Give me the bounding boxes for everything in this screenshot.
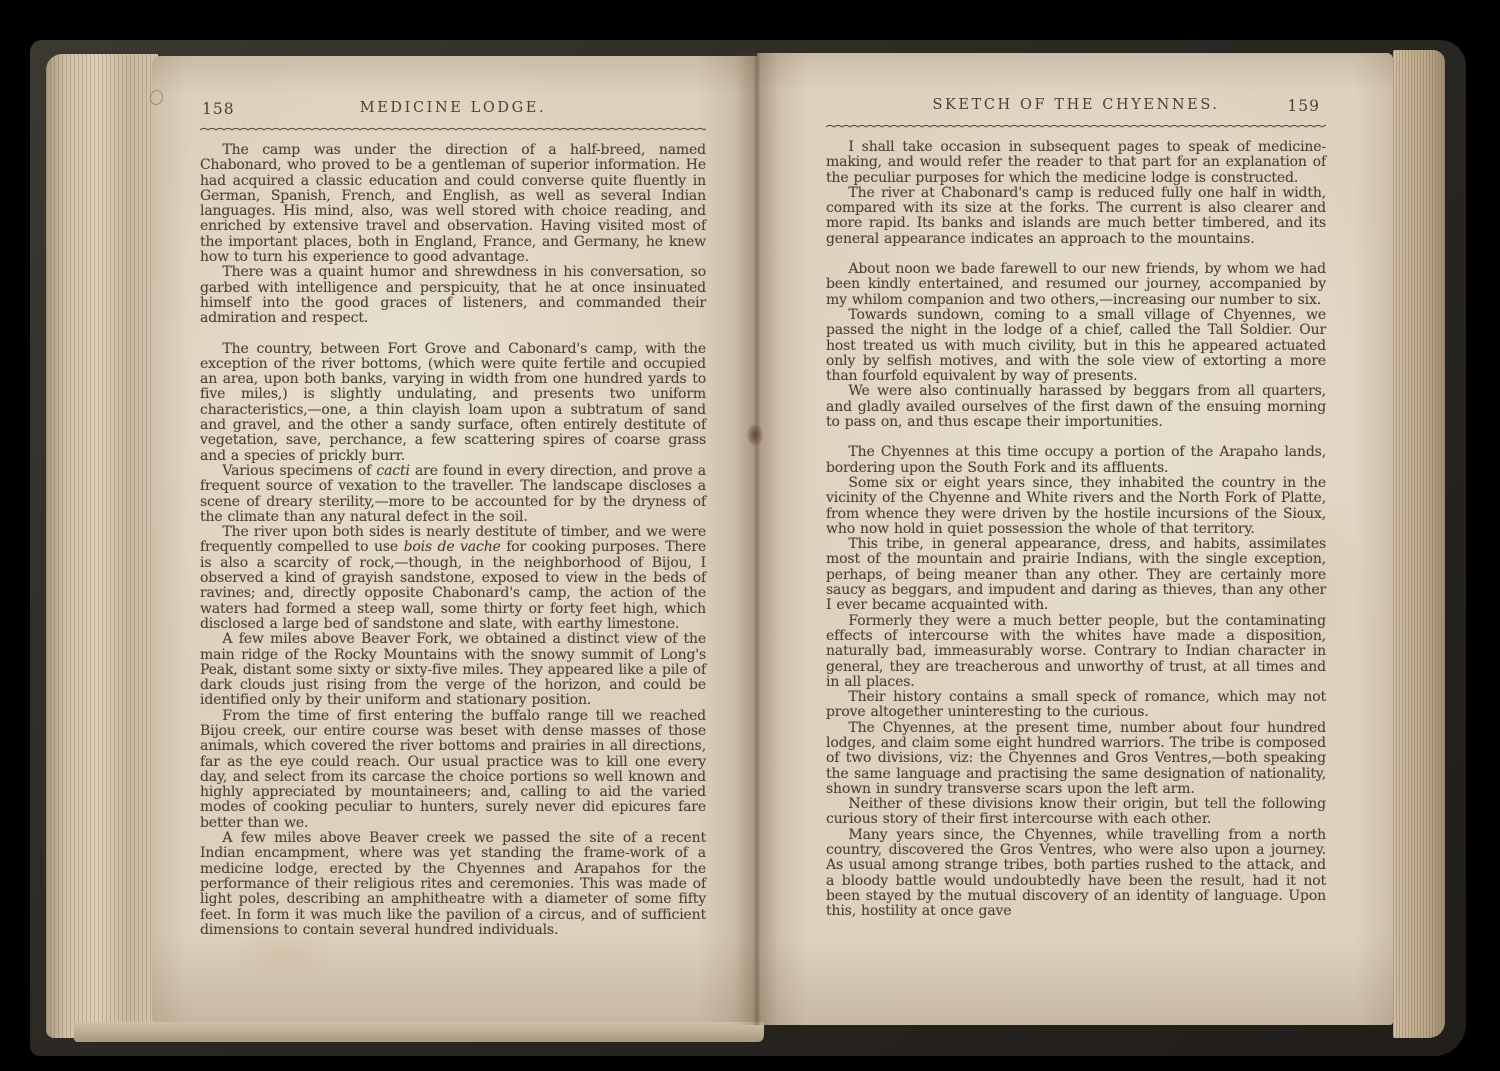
paragraph: Towards sundown, coming to a small villa… (826, 308, 1326, 384)
paragraph: Many years since, the Chyennes, while tr… (826, 828, 1326, 920)
paragraph: The Chyennes, at the present time, numbe… (826, 721, 1326, 797)
right-page-header: SKETCH OF THE CHYENNES. 159 (826, 97, 1326, 119)
paragraph: Their history contains a small speck of … (826, 690, 1326, 721)
fore-edge-right (1393, 50, 1445, 1038)
paragraph: Various specimens of cacti are found in … (200, 464, 706, 525)
paragraph: The river at Chabonard's camp is reduced… (826, 186, 1326, 247)
left-page-header: 158 MEDICINE LODGE. (200, 100, 706, 122)
paragraph: The Chyennes at this time occupy a porti… (826, 445, 1326, 476)
book-spread: 158 MEDICINE LODGE. The camp was under t… (0, 0, 1500, 1071)
left-page-content: 158 MEDICINE LODGE. The camp was under t… (200, 100, 706, 938)
page-under-edge (74, 1022, 765, 1042)
running-head-right: SKETCH OF THE CHYENNES. (826, 97, 1326, 113)
paragraph: There was a quaint humor and shrewdness … (200, 265, 706, 326)
paragraph: Some six or eight years since, they inha… (826, 476, 1326, 537)
paragraph: From the time of first entering the buff… (200, 709, 706, 831)
paragraph: A few miles above Beaver creek we passed… (200, 831, 706, 938)
paragraph: Formerly they were a much better people,… (826, 614, 1326, 690)
right-page-text: I shall take occasion in subsequent page… (826, 140, 1326, 920)
paragraph: The country, between Fort Grove and Cabo… (200, 342, 706, 464)
paragraph: The camp was under the direction of a ha… (200, 143, 706, 265)
page-fan-edge-left (46, 54, 158, 1038)
paragraph: This tribe, in general appearance, dress… (826, 537, 1326, 613)
page-number-left: 158 (202, 100, 235, 118)
paragraph: A few miles above Beaver Fork, we obtain… (200, 632, 706, 708)
paragraph: We were also continually harassed by beg… (826, 384, 1326, 430)
header-rule-right (826, 123, 1326, 129)
paragraph: The river upon both sides is nearly dest… (200, 525, 706, 632)
running-head-left: MEDICINE LODGE. (200, 100, 706, 116)
paragraph: Neither of these divisions know their or… (826, 797, 1326, 828)
paragraph: About noon we bade farewell to our new f… (826, 262, 1326, 308)
right-page-content: SKETCH OF THE CHYENNES. 159 I shall take… (826, 97, 1326, 920)
left-page-text: The camp was under the direction of a ha… (200, 143, 706, 938)
paragraph: I shall take occasion in subsequent page… (826, 140, 1326, 186)
header-rule-left (200, 126, 706, 132)
gutter-shadow (735, 53, 779, 1025)
page-number-right: 159 (1287, 97, 1320, 115)
